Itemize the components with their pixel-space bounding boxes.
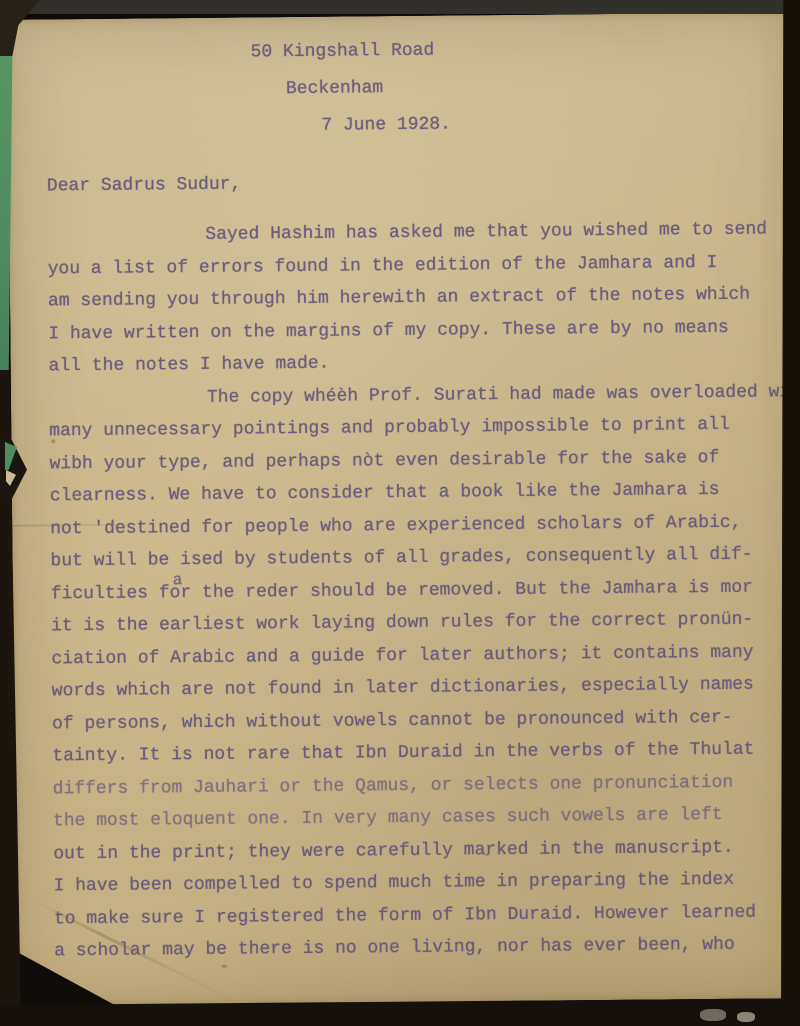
typed-line: of persons, which without vowels cannot …: [52, 706, 733, 735]
frame-edge-top: [0, 0, 800, 14]
typed-line: I have been compelled to spend much time…: [54, 869, 735, 898]
typed-line: wibh your type, and perhaps nòt even des…: [49, 446, 719, 474]
typed-line: The copy whéèh Prof. Surati had made was…: [207, 381, 797, 409]
typed-line: you a list of errors found in the editio…: [48, 251, 718, 279]
typed-line: to make sure I registered the form of Ib…: [54, 901, 756, 930]
typed-line: I have written on the margins of my copy…: [48, 316, 729, 345]
typed-line: Sayed Hashim has asked me that you wishe…: [205, 218, 767, 245]
paper-speck: [51, 439, 55, 443]
typed-line: ciation of Arabic and a guide for later …: [51, 641, 753, 670]
paper-speck: [485, 853, 488, 856]
typed-line: the most eloquent one. In very many case…: [53, 804, 723, 832]
typed-line: many unnecessary pointings and probably …: [49, 414, 730, 443]
typed-line: all the notes I have made.: [49, 353, 330, 378]
photograph-of-letter: 50 Kingshall Road Beckenham 7 June 1928.…: [0, 0, 800, 1026]
typed-line: a scholar may be there is no one living,…: [54, 934, 735, 963]
typed-line: clearness. We have to consider that a bo…: [50, 479, 720, 507]
typed-line: it is the earliest work laying down rule…: [51, 609, 753, 638]
typed-line: words which are not found in later dicti…: [52, 674, 754, 703]
frame-edge-right: [781, 0, 800, 1026]
letter-page: 50 Kingshall Road Beckenham 7 June 1928.…: [7, 12, 796, 1005]
typed-line: not 'destined for people who are experie…: [50, 511, 741, 540]
typed-line: but will be ised by students of all grad…: [50, 544, 752, 573]
typed-line: ficulties for the reder should be remove…: [51, 576, 753, 605]
address-line-2: Beckenham: [286, 77, 383, 100]
typed-line: am sending you through him herewith an e…: [48, 284, 750, 313]
letter-date: 7 June 1928.: [321, 114, 451, 137]
background-fleck: [700, 1009, 726, 1021]
salutation: Dear Sadrus Sudur,: [47, 174, 242, 198]
address-line-1: 50 Kingshall Road: [251, 40, 435, 64]
background-fleck: [737, 1012, 755, 1022]
typed-line: differs from Jauhari or the Qamus, or se…: [53, 771, 734, 800]
paper-speck: [221, 965, 227, 968]
typed-line: tainty. It is not rare that Ibn Duraid i…: [52, 739, 754, 768]
typed-line: out in the print; they were carefully ma…: [53, 836, 734, 865]
